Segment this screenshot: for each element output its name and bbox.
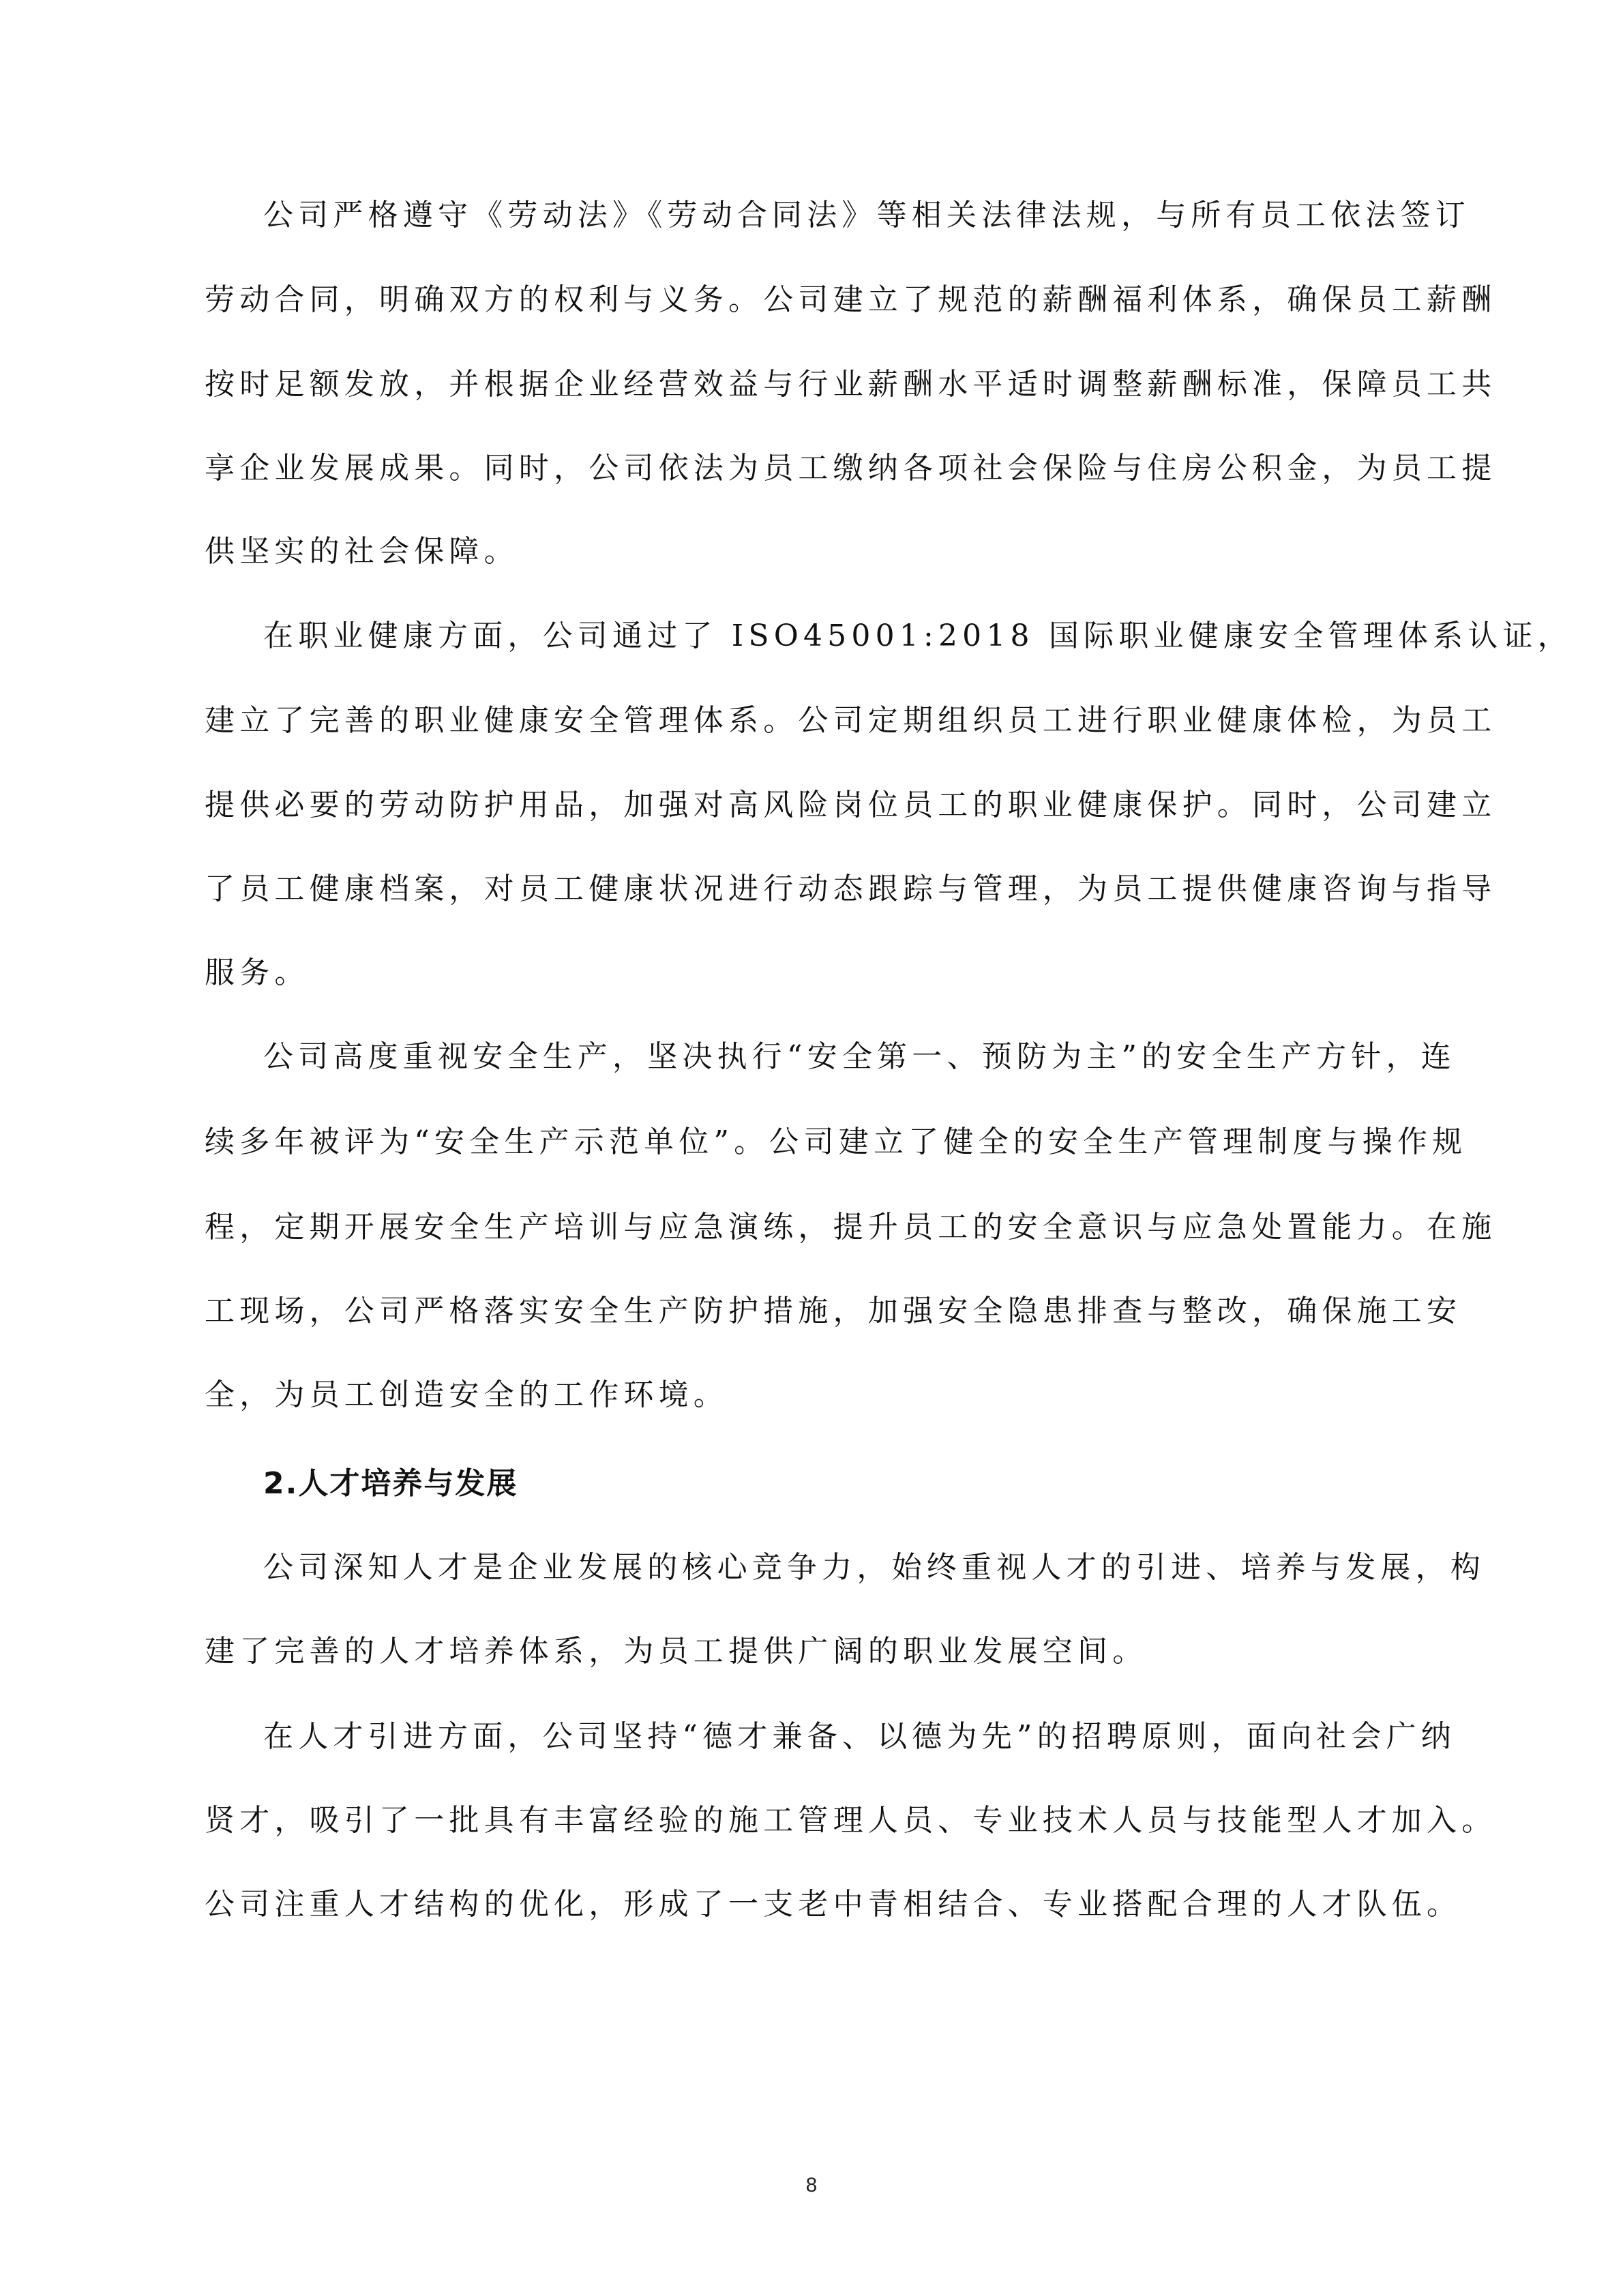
paragraph-line: 在职业健康方面，公司通过了 ISO45001:2018 国际职业健康安全管理体系… [263, 616, 1573, 657]
paragraph-line: 程，定期开展安全生产培训与应急演练，提升员工的安全意识与应急处置能力。在施 [205, 1207, 1496, 1248]
paragraph-line: 贤才，吸引了一批具有丰富经验的施工管理人员、专业技术人员与技能型人才加入。 [205, 1800, 1496, 1841]
paragraph-line: 在人才引进方面，公司坚持“德才兼备、以德为先”的招聘原则，面向社会广纳 [263, 1716, 1456, 1757]
paragraph-line: 工现场，公司严格落实安全生产防护措施，加强安全隐患排查与整改，确保施工安 [205, 1291, 1461, 1332]
paragraph-line: 公司注重人才结构的优化，形成了一支老中青相结合、专业搭配合理的人才队伍。 [205, 1884, 1461, 1925]
paragraph-line: 提供必要的劳动防护用品，加强对高风险岗位员工的职业健康保护。同时，公司建立 [205, 785, 1496, 826]
paragraph-line: 全，为员工创造安全的工作环境。 [205, 1375, 728, 1416]
paragraph-line: 享企业发展成果。同时，公司依法为员工缴纳各项社会保险与住房公积金，为员工提 [205, 448, 1496, 489]
paragraph-line: 公司深知人才是企业发展的核心竞争力，始终重视人才的引进、培养与发展，构 [263, 1547, 1485, 1588]
paragraph-line: 公司高度重视安全生产，坚决执行“安全第一、预防为主”的安全生产方针，连 [263, 1037, 1456, 1077]
paragraph-line: 续多年被评为“安全生产示范单位”。公司建立了健全的安全生产管理制度与操作规 [205, 1122, 1467, 1163]
paragraph-line: 服务。 [205, 953, 310, 994]
section-heading: 2.人才培养与发展 [263, 1463, 518, 1504]
paragraph-line: 建立了完善的职业健康安全管理体系。公司定期组织员工进行职业健康体检，为员工 [205, 700, 1496, 741]
paragraph-line: 按时足额发放，并根据企业经营效益与行业薪酬水平适时调整薪酬标准，保障员工共 [205, 364, 1496, 405]
paragraph-line: 公司严格遵守《劳动法》《劳动合同法》等相关法律法规，与所有员工依法签订 [263, 195, 1470, 236]
paragraph-line: 建了完善的人才培养体系，为员工提供广阔的职业发展空间。 [205, 1631, 1147, 1672]
paragraph-line: 了员工健康档案，对员工健康状况进行动态跟踪与管理，为员工提供健康咨询与指导 [205, 869, 1496, 910]
paragraph-line: 供坚实的社会保障。 [205, 531, 519, 572]
page-number: 8 [0, 2174, 1623, 2197]
paragraph-line: 劳动合同，明确双方的权利与义务。公司建立了规范的薪酬福利体系，确保员工薪酬 [205, 280, 1496, 320]
